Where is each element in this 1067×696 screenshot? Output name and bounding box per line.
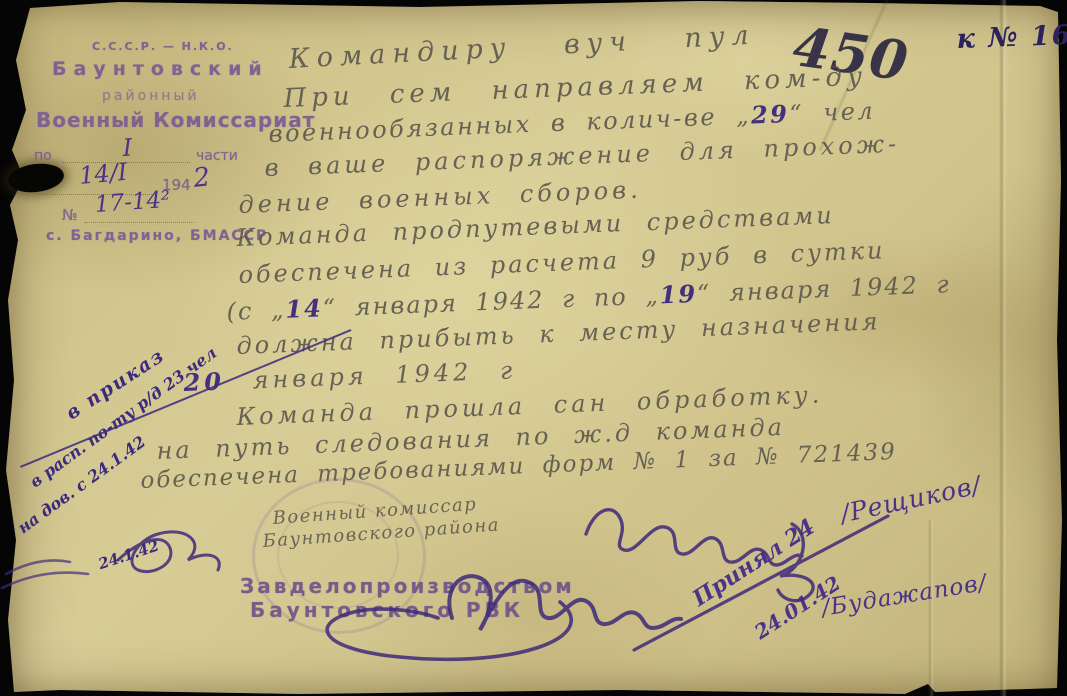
clerk-title-line1: Завделопроизводством [240, 574, 575, 598]
stamp-place: с. Багдарино, БМАССР [46, 228, 268, 244]
body-line-8-date1: 14 [285, 293, 323, 323]
scanned-document: С.С.С.Р. — Н.К.О. Баунтовский районный В… [0, 0, 1067, 696]
body-line-3-count: 29 [750, 99, 789, 129]
body-line-8-date2: 19 [659, 279, 697, 309]
stamp-year-hand: 2 [192, 162, 212, 194]
stamp-org-line2: районный [102, 88, 200, 104]
clerk-title-line2: Баунтовского РВК [250, 598, 524, 622]
stamp-po-label: по [34, 148, 52, 164]
body-line-3-tail: “ чел [789, 97, 876, 128]
stamp-number-hand: 17-14² [94, 187, 171, 218]
stamp-chasti-label: части [196, 148, 238, 164]
stamp-number-sign: № [62, 206, 78, 224]
stamp-header: С.С.С.Р. — Н.К.О. [92, 40, 234, 53]
doc-number-note: к № 162 [956, 19, 1067, 55]
stamp-date-hand: 14/I [78, 158, 128, 190]
body-line-8-open: (с „ [226, 296, 286, 326]
stamp-org-line1: Баунтовский [52, 58, 269, 80]
